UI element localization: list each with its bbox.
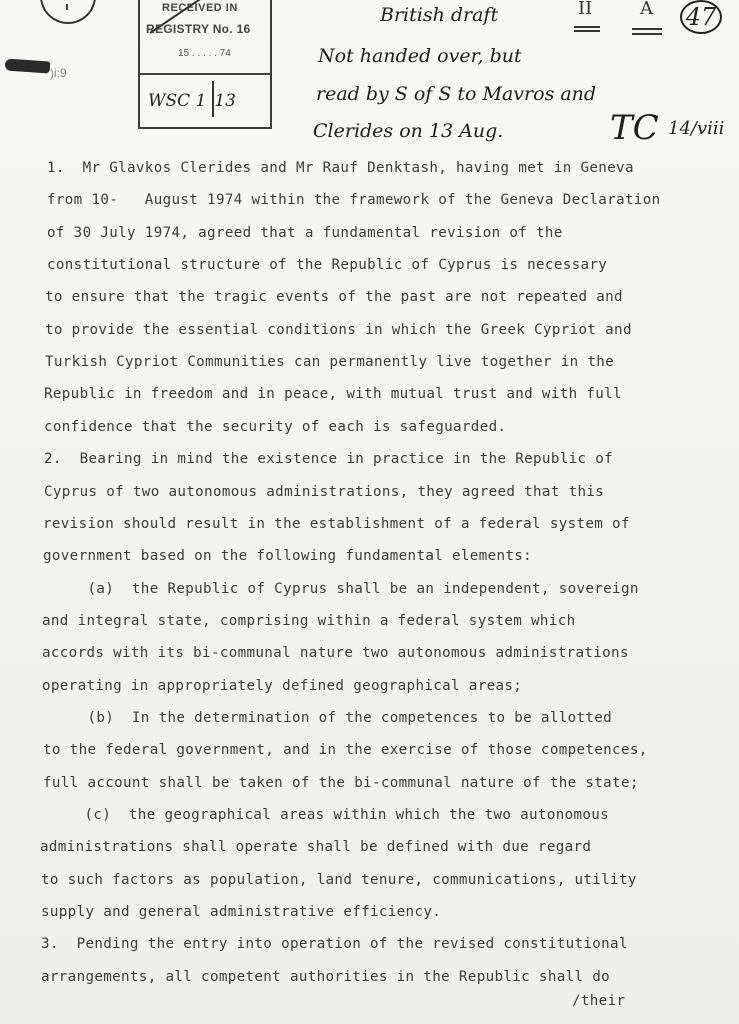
continuation-catchword: /their	[572, 993, 625, 1009]
stamp-divider	[140, 73, 270, 75]
handwritten-note-line-2: Not handed over, but	[318, 45, 522, 67]
text-line: accords with its bi-communal nature two …	[42, 645, 629, 661]
underline	[574, 30, 600, 32]
underline	[632, 33, 662, 35]
stamp-reference: WSC 113	[148, 91, 236, 111]
handwritten-initials-date: 14/viii	[668, 118, 724, 139]
redaction-note: )i:9	[50, 66, 67, 80]
stamp-ref-left: WSC 1	[148, 91, 206, 111]
redaction-block	[5, 58, 51, 73]
text-line: to provide the essential conditions in w…	[45, 322, 632, 338]
underline	[632, 28, 662, 30]
file-mark-2: A	[640, 0, 653, 19]
folio-number: 47	[680, 0, 722, 34]
arc-tick	[66, 4, 68, 10]
text-line: administrations shall operate shall be d…	[40, 839, 591, 855]
text-line: and integral state, comprising within a …	[42, 613, 576, 629]
text-line: to such factors as population, land tenu…	[41, 872, 637, 888]
text-line: 2. Bearing in mind the existence in prac…	[44, 451, 613, 467]
text-line: (a) the Republic of Cyprus shall be an i…	[43, 581, 639, 597]
text-line: (c) the geographical areas within which …	[40, 807, 609, 823]
text-line: revision should result in the establishm…	[43, 516, 630, 532]
stamp-date: 15 . . . . . 74	[178, 48, 231, 59]
handwritten-note-line-4: Clerides on 13 Aug.	[313, 120, 503, 142]
text-line: full account shall be taken of the bi-co…	[43, 775, 639, 791]
text-line: supply and general administrative effici…	[41, 904, 441, 920]
text-line: of 30 July 1974, agreed that a fundament…	[47, 225, 563, 241]
text-line: to ensure that the tragic events of the …	[45, 289, 623, 305]
text-line: constitutional structure of the Republic…	[47, 257, 607, 273]
text-line: Republic in freedom and in peace, with m…	[44, 386, 622, 402]
text-line: Cyprus of two autonomous administrations…	[44, 484, 604, 500]
text-line: arrangements, all competent authorities …	[41, 969, 610, 985]
handwritten-initials: TC	[610, 108, 659, 148]
stamp-ref-right: 13	[214, 91, 236, 111]
handwritten-note-line-3: read by S of S to Mavros and	[316, 83, 596, 105]
circled-mark	[40, 0, 96, 24]
text-line: 3. Pending the entry into operation of t…	[41, 936, 628, 952]
text-line: (b) In the determination of the competen…	[43, 710, 612, 726]
file-mark-1: II	[578, 0, 592, 19]
registry-stamp: RECEIVED IN REGISTRY No. 16 15 . . . . .…	[138, 0, 272, 129]
stamp-received: RECEIVED IN	[162, 2, 238, 14]
text-line: 1. Mr Glavkos Clerides and Mr Rauf Denkt…	[47, 160, 634, 176]
text-line: confidence that the security of each is …	[44, 419, 506, 435]
text-line: from 10- August 1974 within the framewor…	[47, 192, 661, 208]
text-line: to the federal government, and in the ex…	[43, 742, 648, 758]
handwritten-note-line-1: British draft	[380, 4, 498, 26]
text-line: government based on the following fundam…	[43, 548, 532, 564]
text-line: operating in appropriately defined geogr…	[42, 678, 522, 694]
underline	[574, 26, 600, 28]
document-page: )i:9 RECEIVED IN REGISTRY No. 16 15 . . …	[0, 0, 739, 1024]
text-line: Turkish Cypriot Communities can permanen…	[45, 354, 614, 370]
